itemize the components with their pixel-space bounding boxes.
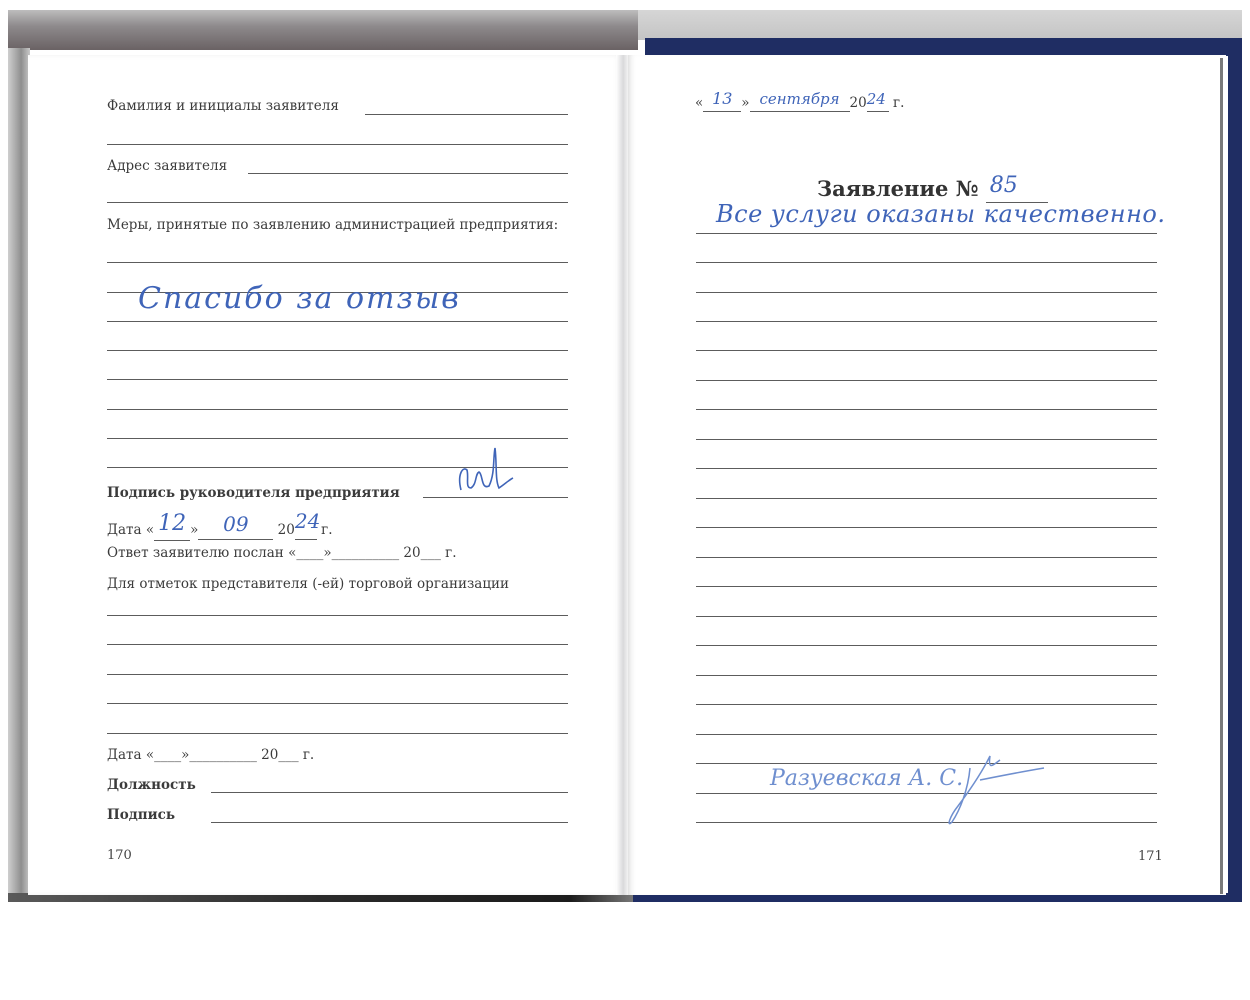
book-cover-left-edge <box>8 48 30 898</box>
app-line-3[interactable] <box>696 292 1157 293</box>
measures-line-4[interactable] <box>107 350 568 351</box>
app-line-11[interactable] <box>696 527 1157 528</box>
right-date-day-handwritten: 13 <box>712 89 732 108</box>
measures-line-3[interactable] <box>107 321 568 322</box>
application-handwritten-text: Все услуги оказаны качественно. <box>716 200 1166 228</box>
date-month-handwritten: 09 <box>223 512 248 536</box>
app-line-8[interactable] <box>696 439 1157 440</box>
notes-line-1[interactable] <box>107 615 568 616</box>
app-line-19[interactable] <box>696 763 1157 764</box>
app-line-14[interactable] <box>696 616 1157 617</box>
book-spine <box>616 55 628 895</box>
app-line-12[interactable] <box>696 557 1157 558</box>
applicant-address-line[interactable] <box>248 173 568 174</box>
left-page <box>28 55 626 895</box>
app-line-18[interactable] <box>696 734 1157 735</box>
app-line-4[interactable] <box>696 321 1157 322</box>
app-line-1[interactable] <box>696 233 1157 234</box>
measures-handwritten: Спасибо за отзыв <box>138 281 461 316</box>
app-line-17[interactable] <box>696 704 1157 705</box>
book-cover-top-left <box>8 10 638 50</box>
manager-signature-icon <box>455 444 515 500</box>
application-title: Заявление № 85 <box>817 176 1048 203</box>
trade-org-notes-label: Для отметок представителя (-ей) торговой… <box>107 576 509 592</box>
book-cover-right-edge <box>1228 40 1242 900</box>
application-title-text: Заявление № <box>817 176 978 201</box>
measures-line-5[interactable] <box>107 379 568 380</box>
applicant-signature-icon <box>940 750 1050 828</box>
reply-sent-label: Ответ заявителю послан «____»__________ … <box>107 545 456 561</box>
measures-label: Меры, принятые по заявлению администраци… <box>107 217 558 233</box>
app-line-21[interactable] <box>696 822 1157 823</box>
date-year-prefix: 20 <box>278 522 295 538</box>
applicant-signature-name: Разуевская А. С. <box>770 766 963 791</box>
app-line-5[interactable] <box>696 350 1157 351</box>
date-prefix: Дата « <box>107 522 154 538</box>
date-open-quote: « <box>695 95 703 111</box>
right-date-month-handwritten: сентября <box>760 90 840 108</box>
book-cover-blue-edge <box>645 38 1242 56</box>
right-date-row: «13»сентября2024 г. <box>695 92 904 112</box>
signature-label: Подпись <box>107 807 175 823</box>
position-label: Должность <box>107 777 196 793</box>
signature-line[interactable] <box>211 822 568 823</box>
right-date-year-handwritten: 24 <box>867 90 886 108</box>
manager-signature-label: Подпись руководителя предприятия <box>107 485 400 501</box>
notes-line-2[interactable] <box>107 644 568 645</box>
date-year-handwritten: 24 <box>295 509 320 533</box>
measures-line-1[interactable] <box>107 262 568 263</box>
date-g: г. <box>321 522 332 538</box>
application-number-handwritten: 85 <box>990 173 1018 198</box>
notes-line-4[interactable] <box>107 703 568 704</box>
notes-line-3[interactable] <box>107 674 568 675</box>
app-line-9[interactable] <box>696 468 1157 469</box>
measures-line-6[interactable] <box>107 409 568 410</box>
applicant-name-line[interactable] <box>365 114 568 115</box>
position-line[interactable] <box>211 792 568 793</box>
date-day-handwritten: 12 <box>158 511 186 536</box>
app-line-16[interactable] <box>696 675 1157 676</box>
app-line-20[interactable] <box>696 793 1157 794</box>
measures-line-7[interactable] <box>107 438 568 439</box>
app-line-7[interactable] <box>696 409 1157 410</box>
page-number-left: 170 <box>107 848 132 863</box>
app-line-2[interactable] <box>696 262 1157 263</box>
page-edge <box>1220 58 1223 894</box>
date2-label: Дата «____»__________ 20___ г. <box>107 747 314 763</box>
date-year-prefix-right: 20 <box>850 95 867 111</box>
applicant-name-label: Фамилия и инициалы заявителя <box>107 98 339 114</box>
applicant-address-line-2[interactable] <box>107 202 568 203</box>
applicant-name-line-2[interactable] <box>107 144 568 145</box>
app-line-13[interactable] <box>696 586 1157 587</box>
app-line-6[interactable] <box>696 380 1157 381</box>
date-g-right: г. <box>893 95 904 111</box>
page-number-right: 171 <box>1138 849 1163 864</box>
book-cover-top-right <box>638 10 1242 40</box>
date-row: Дата «12»09 2024 г. <box>107 515 333 541</box>
date-close-quote: » <box>741 95 749 111</box>
date-quote: » <box>190 522 198 538</box>
app-line-15[interactable] <box>696 645 1157 646</box>
app-line-10[interactable] <box>696 498 1157 499</box>
applicant-address-label: Адрес заявителя <box>107 158 227 174</box>
notes-line-5[interactable] <box>107 733 568 734</box>
